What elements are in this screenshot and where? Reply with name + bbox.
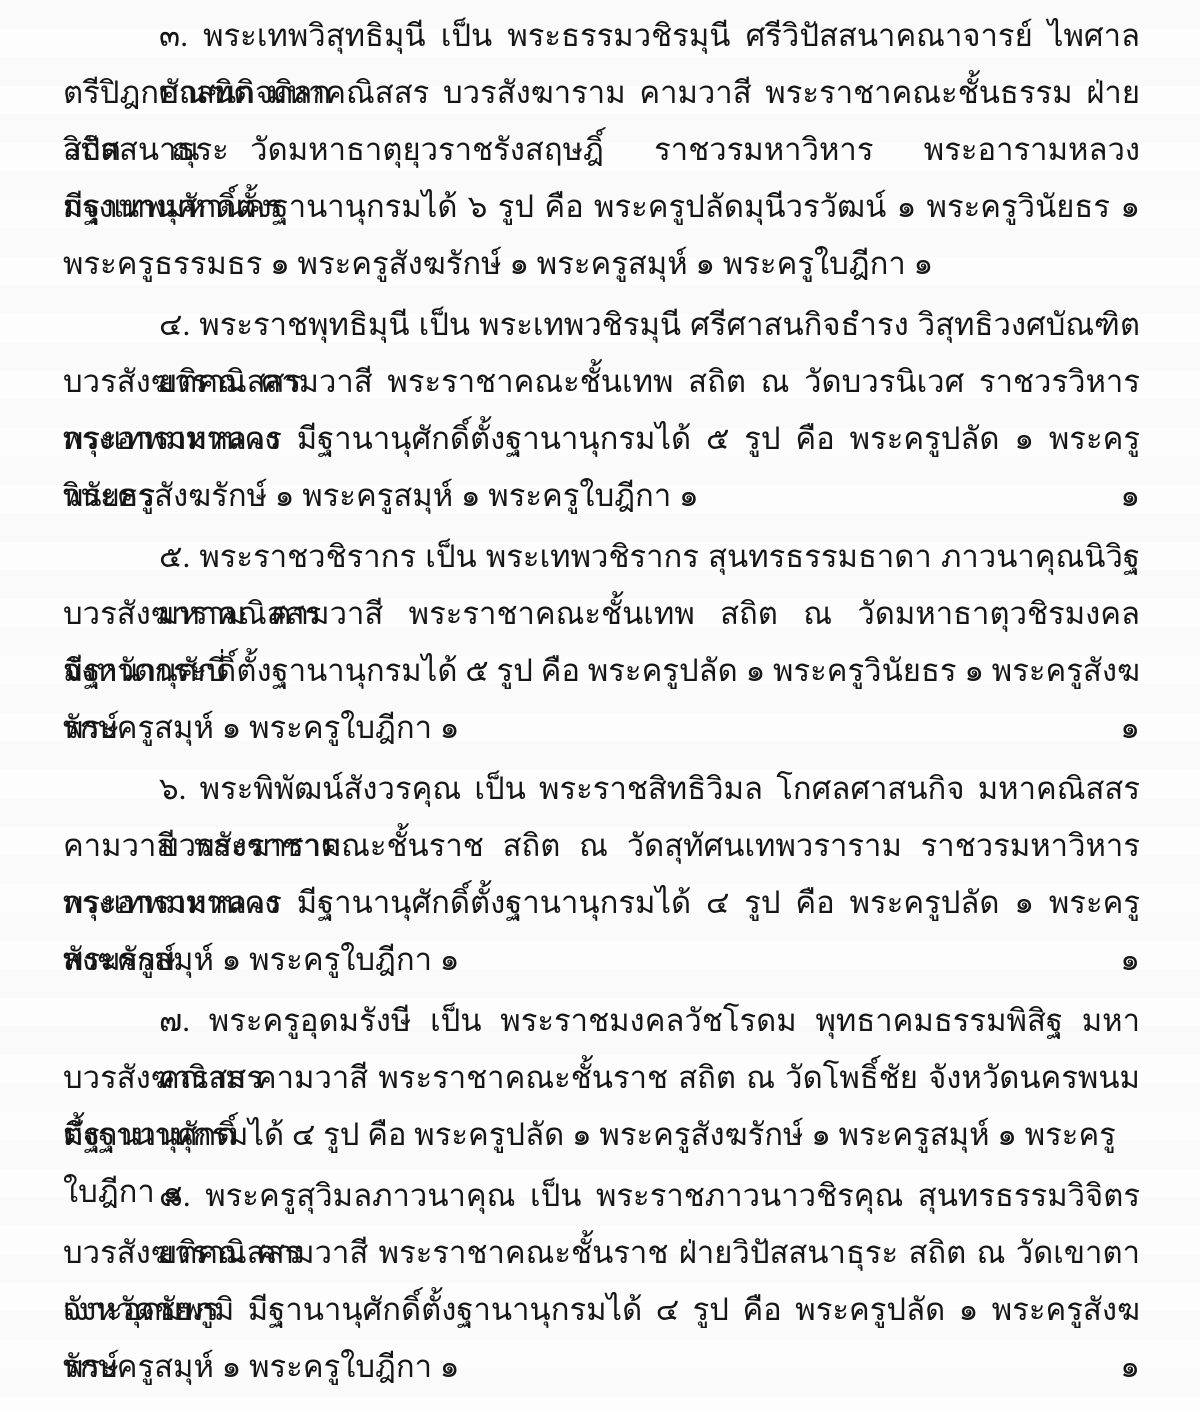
text-line: คามวาสี พระราชาคณะชั้นราช สถิต ณ วัดสุทั… <box>63 817 1140 874</box>
text-line: กรุงเทพมหานคร มีฐานานุศักดิ์ตั้งฐานานุกร… <box>63 410 1140 467</box>
text-line: บวรสังฆาราม คามวาสี พระราชาคณะชั้นเทพ สถ… <box>63 353 1140 410</box>
text-line: บวรสังฆาราม คามวาสี พระราชาคณะชั้นราช ฝ่… <box>63 1224 1140 1281</box>
text-line: สถิต ณ วัดมหาธาตุยุวราชรังสฤษฎิ์ ราชวรมห… <box>63 121 1140 178</box>
text-line: มีฐานานุศักดิ์ตั้งฐานานุกรมได้ ๖ รูป คือ… <box>63 178 1140 235</box>
paragraph-item-4: ๔. พระราชพุทธิมุนี เป็น พระเทพวชิรมุนี ศ… <box>63 296 1140 524</box>
text-line: ๕. พระราชวชิรากร เป็น พระเทพวชิรากร สุนท… <box>63 528 1140 585</box>
text-line: บวรสังฆาราม คามวาสี พระราชาคณะชั้นราช สถ… <box>63 1049 1140 1106</box>
text-line: บวรสังฆาราม คามวาสี พระราชาคณะชั้นเทพ สถ… <box>63 585 1140 642</box>
paragraph-item-6: ๖. พระพิพัฒน์สังวรคุณ เป็น พระราชสิทธิวิ… <box>63 760 1140 988</box>
text-line: ตั้งฐานานุกรมได้ ๔ รูป คือ พระครูปลัด ๑ … <box>63 1106 1140 1163</box>
paragraph-item-8: ๘. พระครูสุวิมลภาวนาคุณ เป็น พระราชภาวนา… <box>63 1167 1140 1395</box>
paragraph-item-3: ๓. พระเทพวิสุทธิมุนี เป็น พระธรรมวชิรมุน… <box>63 7 1140 292</box>
text-line: ๖. พระพิพัฒน์สังวรคุณ เป็น พระราชสิทธิวิ… <box>63 760 1140 817</box>
text-line: พระครูธรรมธร ๑ พระครูสังฆรักษ์ ๑ พระครูส… <box>63 235 1140 292</box>
text-line: ๘. พระครูสุวิมลภาวนาคุณ เป็น พระราชภาวนา… <box>63 1167 1140 1224</box>
text-line: ๗. พระครูอุดมรังษี เป็น พระราชมงคลวัชโรด… <box>63 992 1140 1049</box>
text-line: ตรีปิฎกบัณฑิต มหาคณิสสร บวรสังฆาราม คามว… <box>63 64 1140 121</box>
text-line: ๓. พระเทพวิสุทธิมุนี เป็น พระธรรมวชิรมุน… <box>63 7 1140 64</box>
text-line: จังหวัดชัยภูมิ มีฐานานุศักดิ์ตั้งฐานานุก… <box>63 1281 1140 1338</box>
document-page: ๓. พระเทพวิสุทธิมุนี เป็น พระธรรมวชิรมุน… <box>0 0 1200 1411</box>
text-line: มีฐานานุศักดิ์ตั้งฐานานุกรมได้ ๕ รูป คือ… <box>63 642 1140 699</box>
text-line: ๔. พระราชพุทธิมุนี เป็น พระเทพวชิรมุนี ศ… <box>63 296 1140 353</box>
paragraph-item-5: ๕. พระราชวชิรากร เป็น พระเทพวชิรากร สุนท… <box>63 528 1140 756</box>
text-line: กรุงเทพมหานคร มีฐานานุศักดิ์ตั้งฐานานุกร… <box>63 874 1140 931</box>
paragraph-item-7: ๗. พระครูอุดมรังษี เป็น พระราชมงคลวัชโรด… <box>63 992 1140 1163</box>
